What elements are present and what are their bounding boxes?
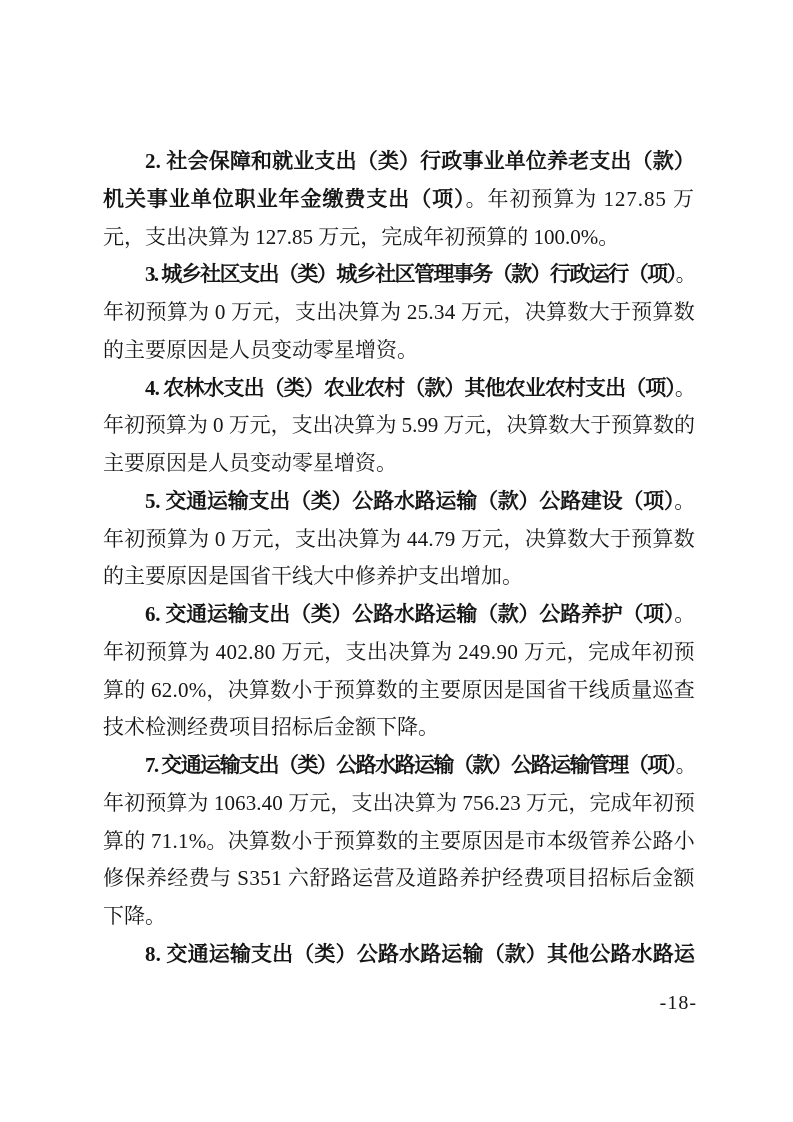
text-line: 下降。 — [103, 898, 695, 936]
body-text: 算的 71.1%。决算数小于预算数的主要原因是市本级管养公路小 — [103, 829, 695, 853]
body-text: 。 — [674, 602, 695, 626]
body-text: 年初预算为 402.80 万元，支出决算为 249.90 万元，完成年初预 — [103, 640, 695, 664]
item-5: 5. 交通运输支出（类）公路水路运输（款）公路建设（项）。年初预算为 0 万元，… — [103, 483, 695, 596]
text-line-content: 算的 62.0%，决算数小于预算数的主要原因是国省干线质量巡查 — [103, 678, 695, 702]
body-text: 下降。 — [103, 904, 166, 928]
body-text: 修保养经费与 S351 六舒路运营及道路养护经费项目招标后金额 — [103, 866, 695, 890]
heading-text: 2. 社会保障和就业支出（类）行政事业单位养老支出（款） — [145, 149, 695, 173]
heading-text: 机关事业单位职业年金缴费支出（项） — [103, 187, 466, 211]
heading-text: 8. 交通运输支出（类）公路水路运输（款）其他公路水路运 — [145, 942, 695, 966]
text-line: 年初预算为 1063.40 万元，支出决算为 756.23 万元，完成年初预 — [103, 785, 695, 823]
text-line: 5. 交通运输支出（类）公路水路运输（款）公路建设（项）。 — [103, 483, 695, 521]
item-2: 2. 社会保障和就业支出（类）行政事业单位养老支出（款）机关事业单位职业年金缴费… — [103, 143, 695, 256]
text-line: 算的 62.0%，决算数小于预算数的主要原因是国省干线质量巡查 — [103, 672, 695, 710]
text-line: 2. 社会保障和就业支出（类）行政事业单位养老支出（款） — [103, 143, 695, 181]
text-line: 年初预算为 402.80 万元，支出决算为 249.90 万元，完成年初预 — [103, 634, 695, 672]
text-line-content: 年初预算为 402.80 万元，支出决算为 249.90 万元，完成年初预 — [103, 640, 695, 664]
text-line: 8. 交通运输支出（类）公路水路运输（款）其他公路水路运 — [103, 936, 695, 974]
text-line: 4. 农林水支出（类）农业农村（款）其他农业农村支出（项）。 — [103, 370, 695, 408]
text-line: 7. 交通运输支出（类）公路水路运输（款）公路运输管理（项）。 — [103, 747, 695, 785]
body-text: 元，支出决算为 127.85 万元，完成年初预算的 100.0%。 — [103, 225, 619, 249]
body-text: 。 — [674, 489, 695, 513]
body-text: 主要原因是人员变动零星增资。 — [103, 451, 397, 475]
text-line-content: 的主要原因是国省干线大中修养护支出增加。 — [103, 564, 523, 588]
body-text: 算的 62.0%，决算数小于预算数的主要原因是国省干线质量巡查 — [103, 678, 695, 702]
text-line-content: 下降。 — [103, 904, 166, 928]
heading-text: 6. 交通运输支出（类）公路水路运输（款）公路养护（项） — [145, 602, 674, 626]
item-3: 3. 城乡社区支出（类）城乡社区管理事务（款）行政运行（项）。年初预算为 0 万… — [103, 256, 695, 369]
text-line: 技术检测经费项目招标后金额下降。 — [103, 709, 695, 747]
heading-text: 3. 城乡社区支出（类）城乡社区管理事务（款）行政运行（项） — [145, 262, 676, 286]
text-line: 年初预算为 0 万元，支出决算为 25.34 万元，决算数大于预算数 — [103, 294, 695, 332]
item-7: 7. 交通运输支出（类）公路水路运输（款）公路运输管理（项）。年初预算为 106… — [103, 747, 695, 936]
document-body: 2. 社会保障和就业支出（类）行政事业单位养老支出（款）机关事业单位职业年金缴费… — [103, 143, 695, 974]
text-line: 元，支出决算为 127.85 万元，完成年初预算的 100.0%。 — [103, 219, 695, 257]
heading-text: 5. 交通运输支出（类）公路水路运输（款）公路建设（项） — [145, 489, 674, 513]
text-line-content: 年初预算为 1063.40 万元，支出决算为 756.23 万元，完成年初预 — [103, 791, 695, 815]
text-line: 年初预算为 0 万元，支出决算为 44.79 万元，决算数大于预算数 — [103, 521, 695, 559]
text-line: 主要原因是人员变动零星增资。 — [103, 445, 695, 483]
body-text: 。年初预算为 127.85 万 — [466, 187, 695, 211]
text-line-content: 8. 交通运输支出（类）公路水路运输（款）其他公路水路运 — [145, 942, 695, 966]
item-8: 8. 交通运输支出（类）公路水路运输（款）其他公路水路运 — [103, 936, 695, 974]
text-line-content: 年初预算为 0 万元，支出决算为 5.99 万元，决算数大于预算数的 — [103, 413, 695, 437]
text-line-content: 机关事业单位职业年金缴费支出（项）。年初预算为 127.85 万 — [103, 187, 695, 211]
body-text: 年初预算为 0 万元，支出决算为 5.99 万元，决算数大于预算数的 — [103, 413, 695, 437]
page-number: -18- — [660, 992, 697, 1015]
heading-text: 4. 农林水支出（类）农业农村（款）其他农业农村支出（项） — [145, 376, 675, 400]
body-text: 年初预算为 0 万元，支出决算为 25.34 万元，决算数大于预算数 — [103, 300, 695, 324]
text-line: 的主要原因是人员变动零星增资。 — [103, 332, 695, 370]
text-line-content: 年初预算为 0 万元，支出决算为 25.34 万元，决算数大于预算数 — [103, 300, 695, 324]
text-line-content: 修保养经费与 S351 六舒路运营及道路养护经费项目招标后金额 — [103, 866, 695, 890]
text-line-content: 3. 城乡社区支出（类）城乡社区管理事务（款）行政运行（项）。 — [145, 262, 695, 286]
body-text: 年初预算为 0 万元，支出决算为 44.79 万元，决算数大于预算数 — [103, 527, 695, 551]
body-text: 。 — [676, 753, 695, 777]
text-line-content: 6. 交通运输支出（类）公路水路运输（款）公路养护（项）。 — [145, 602, 695, 626]
text-line-content: 年初预算为 0 万元，支出决算为 44.79 万元，决算数大于预算数 — [103, 527, 695, 551]
text-line-content: 4. 农林水支出（类）农业农村（款）其他农业农村支出（项）。 — [145, 376, 695, 400]
text-line-content: 算的 71.1%。决算数小于预算数的主要原因是市本级管养公路小 — [103, 829, 695, 853]
text-line-content: 元，支出决算为 127.85 万元，完成年初预算的 100.0%。 — [103, 225, 619, 249]
text-line-content: 主要原因是人员变动零星增资。 — [103, 451, 397, 475]
text-line-content: 5. 交通运输支出（类）公路水路运输（款）公路建设（项）。 — [145, 489, 695, 513]
body-text: 。 — [675, 376, 695, 400]
text-line: 的主要原因是国省干线大中修养护支出增加。 — [103, 558, 695, 596]
item-6: 6. 交通运输支出（类）公路水路运输（款）公路养护（项）。年初预算为 402.8… — [103, 596, 695, 747]
body-text: 年初预算为 1063.40 万元，支出决算为 756.23 万元，完成年初预 — [103, 791, 695, 815]
text-line: 6. 交通运输支出（类）公路水路运输（款）公路养护（项）。 — [103, 596, 695, 634]
document-page: { "document": { "paragraphs": [ { "id": … — [0, 0, 793, 1122]
text-line-content: 的主要原因是人员变动零星增资。 — [103, 338, 418, 362]
item-4: 4. 农林水支出（类）农业农村（款）其他农业农村支出（项）。年初预算为 0 万元… — [103, 370, 695, 483]
text-line: 算的 71.1%。决算数小于预算数的主要原因是市本级管养公路小 — [103, 823, 695, 861]
body-text: 技术检测经费项目招标后金额下降。 — [103, 715, 439, 739]
text-line: 年初预算为 0 万元，支出决算为 5.99 万元，决算数大于预算数的 — [103, 407, 695, 445]
text-line: 3. 城乡社区支出（类）城乡社区管理事务（款）行政运行（项）。 — [103, 256, 695, 294]
text-line: 修保养经费与 S351 六舒路运营及道路养护经费项目招标后金额 — [103, 860, 695, 898]
text-line: 机关事业单位职业年金缴费支出（项）。年初预算为 127.85 万 — [103, 181, 695, 219]
heading-text: 7. 交通运输支出（类）公路水路运输（款）公路运输管理（项） — [145, 753, 676, 777]
body-text: 。 — [676, 262, 695, 286]
body-text: 的主要原因是国省干线大中修养护支出增加。 — [103, 564, 523, 588]
text-line-content: 2. 社会保障和就业支出（类）行政事业单位养老支出（款） — [145, 149, 695, 173]
body-text: 的主要原因是人员变动零星增资。 — [103, 338, 418, 362]
text-line-content: 7. 交通运输支出（类）公路水路运输（款）公路运输管理（项）。 — [145, 753, 695, 777]
text-line-content: 技术检测经费项目招标后金额下降。 — [103, 715, 439, 739]
